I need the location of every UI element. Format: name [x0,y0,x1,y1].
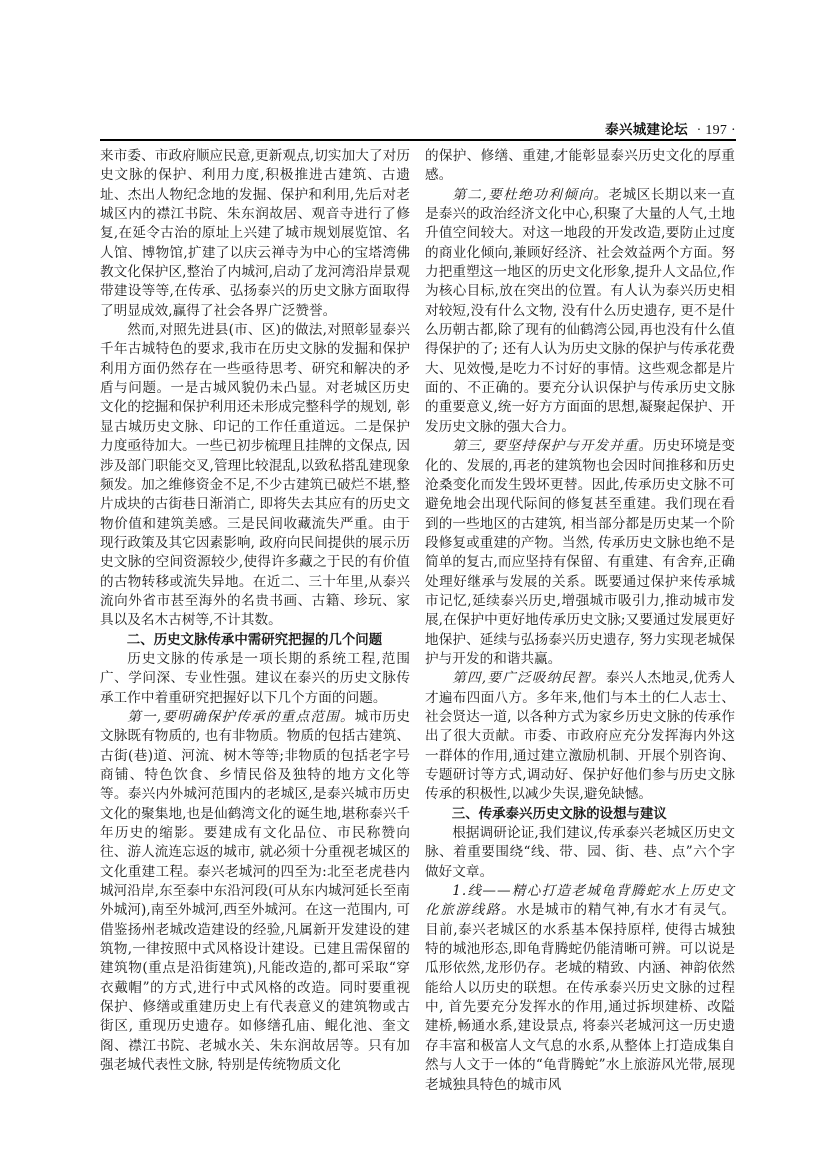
header-rule [100,139,736,141]
paragraph-first-point: 第一,要明确保护传承的重点范围。城市历史文脉既有物质的, 也有非物质。物质的包括… [100,708,410,1076]
paragraph-third-point: 第三, 要坚持保护与开发并重。历史环境是变化的、发展的,再老的建筑物也会因时间推… [425,437,735,669]
paragraph-intro: 历史文脉的传承是一项长期的系统工程,范围广、学问深、专业性强。建议在泰兴的历史文… [100,650,410,708]
point-lead: 第二,要杜绝功利倾向。 [452,187,608,203]
running-header: 泰兴城建论坛 · 197 · [100,118,736,139]
point-body: 泰兴人杰地灵,优秀人才遍布四面八方。多年来,他们与本土的仁人志士、社会贤达一道,… [425,670,735,802]
point-body: 城市历史文脉既有物质的, 也有非物质。物质的包括古建筑、古街(巷)道、河流、树木… [100,709,410,1073]
point-lead: 第四,要广泛吸纳民智。 [452,670,606,686]
paragraph-continuation: 的保护、修缮、重建,才能彰显泰兴历史文化的厚重感。 [425,147,735,186]
paragraph-fourth-point: 第四,要广泛吸纳民智。泰兴人杰地灵,优秀人才遍布四面八方。多年来,他们与本土的仁… [425,669,735,804]
journal-title: 泰兴城建论坛 [605,122,688,138]
section-heading-3: 三、传承泰兴历史文脉的设想与建议 [425,805,735,824]
point-lead: 第一,要明确保护传承的重点范围。 [127,709,355,725]
paragraph-continuation: 来市委、市政府顺应民意,更新观点,切实加大了对历史文脉的保护、利用力度,积极推进… [100,147,410,321]
page-number: · 197 · [697,123,736,138]
paragraph-second-point: 第二,要杜绝功利倾向。老城区长期以来一直是泰兴的政治经济文化中心,积聚了大量的人… [425,186,735,437]
right-column: 的保护、修缮、重建,才能彰显泰兴历史文化的厚重感。 第二,要杜绝功利倾向。老城区… [425,147,735,1095]
point-lead: 第三, 要坚持保护与开发并重。 [452,438,653,454]
paragraph-problems: 然而,对照先进县(市、区)的做法,对照彰显泰兴千年古城特色的要求,我市在历史文脉… [100,321,410,631]
left-column: 来市委、市政府顺应民意,更新观点,切实加大了对历史文脉的保护、利用力度,积极推进… [100,147,410,1076]
point-body: 老城区长期以来一直是泰兴的政治经济文化中心,积聚了大量的人气,土地升值空间较大。… [425,187,735,435]
point-body: 水是城市的精气神,有水才有灵气。目前,泰兴老城区的水系基本保持原样, 使得古城独… [425,902,735,1092]
paragraph-line-proposal: 1.线——精心打造老城龟背腾蛇水上历史文化旅游线路。水是城市的精气神,有水才有灵… [425,882,735,1095]
point-body: 历史环境是变化的、发展的,再老的建筑物也会因时间推移和历史沧桑变化而发生毁坏更替… [425,438,735,667]
section-heading-2: 二、历史文脉传承中需研究把握的几个问题 [100,631,410,650]
paragraph-suggestion-intro: 根据调研论证,我们建议,传承泰兴老城区历史文脉、着重要围绕“线、带、园、街、巷、… [425,824,735,882]
